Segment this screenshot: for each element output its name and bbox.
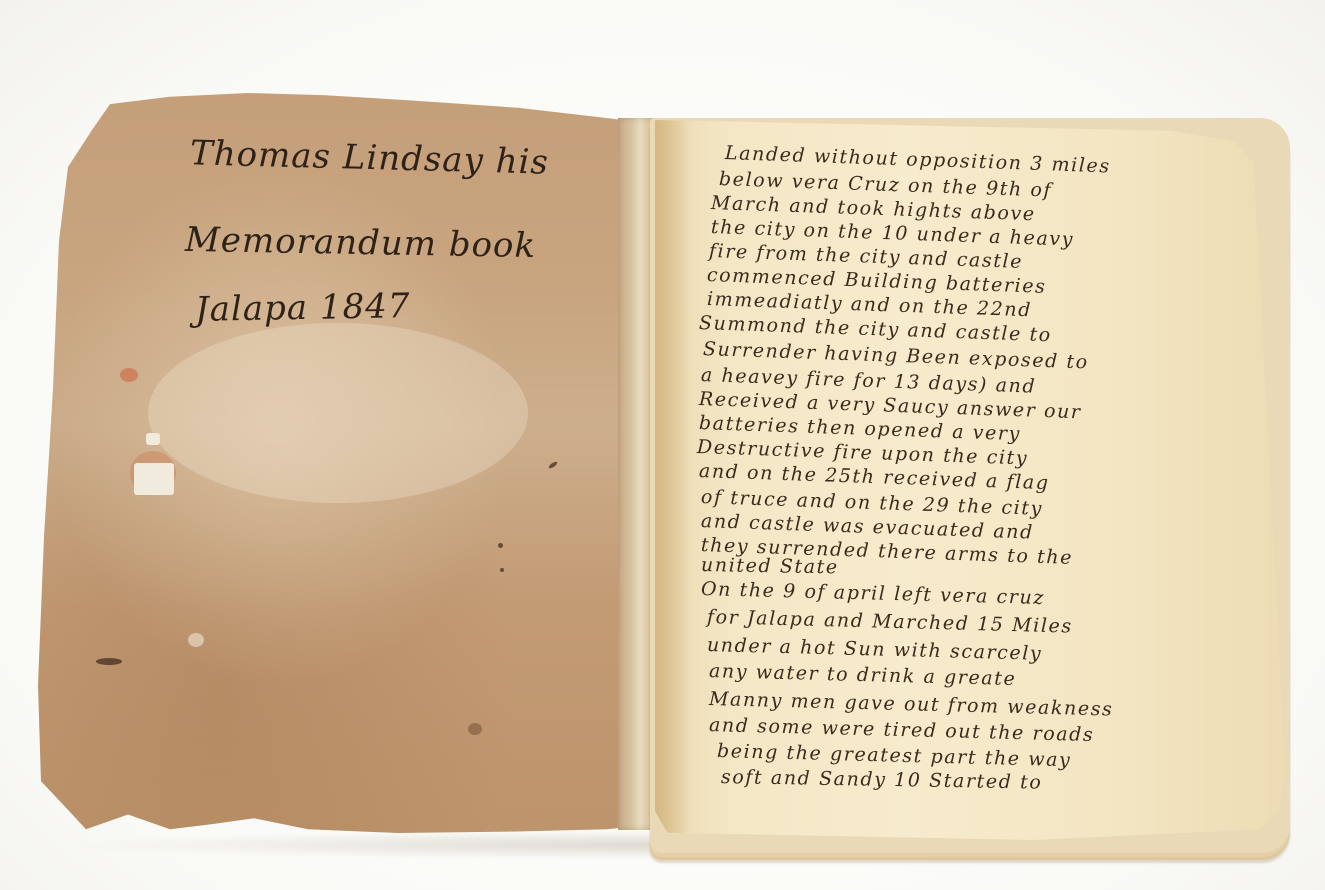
- page-gutter: [655, 120, 693, 840]
- ink-speck: [548, 460, 558, 469]
- ink-mark: [96, 658, 122, 665]
- paper-loss: [134, 463, 174, 495]
- stain-spot: [468, 723, 482, 735]
- pale-spot: [188, 633, 204, 647]
- red-mark: [120, 368, 138, 382]
- ink-speck: [498, 543, 503, 548]
- left-cover-page: [38, 93, 638, 833]
- paper-loss: [146, 433, 160, 445]
- inscription-line-place-date: Jalapa 1847: [195, 286, 411, 330]
- water-stain: [148, 323, 528, 503]
- inscription-line-title: Memorandum book: [185, 220, 537, 266]
- photo-scene: Thomas Lindsay his Memorandum book Jalap…: [0, 0, 1325, 890]
- ink-speck: [500, 568, 504, 572]
- manuscript-line: united State: [701, 554, 839, 578]
